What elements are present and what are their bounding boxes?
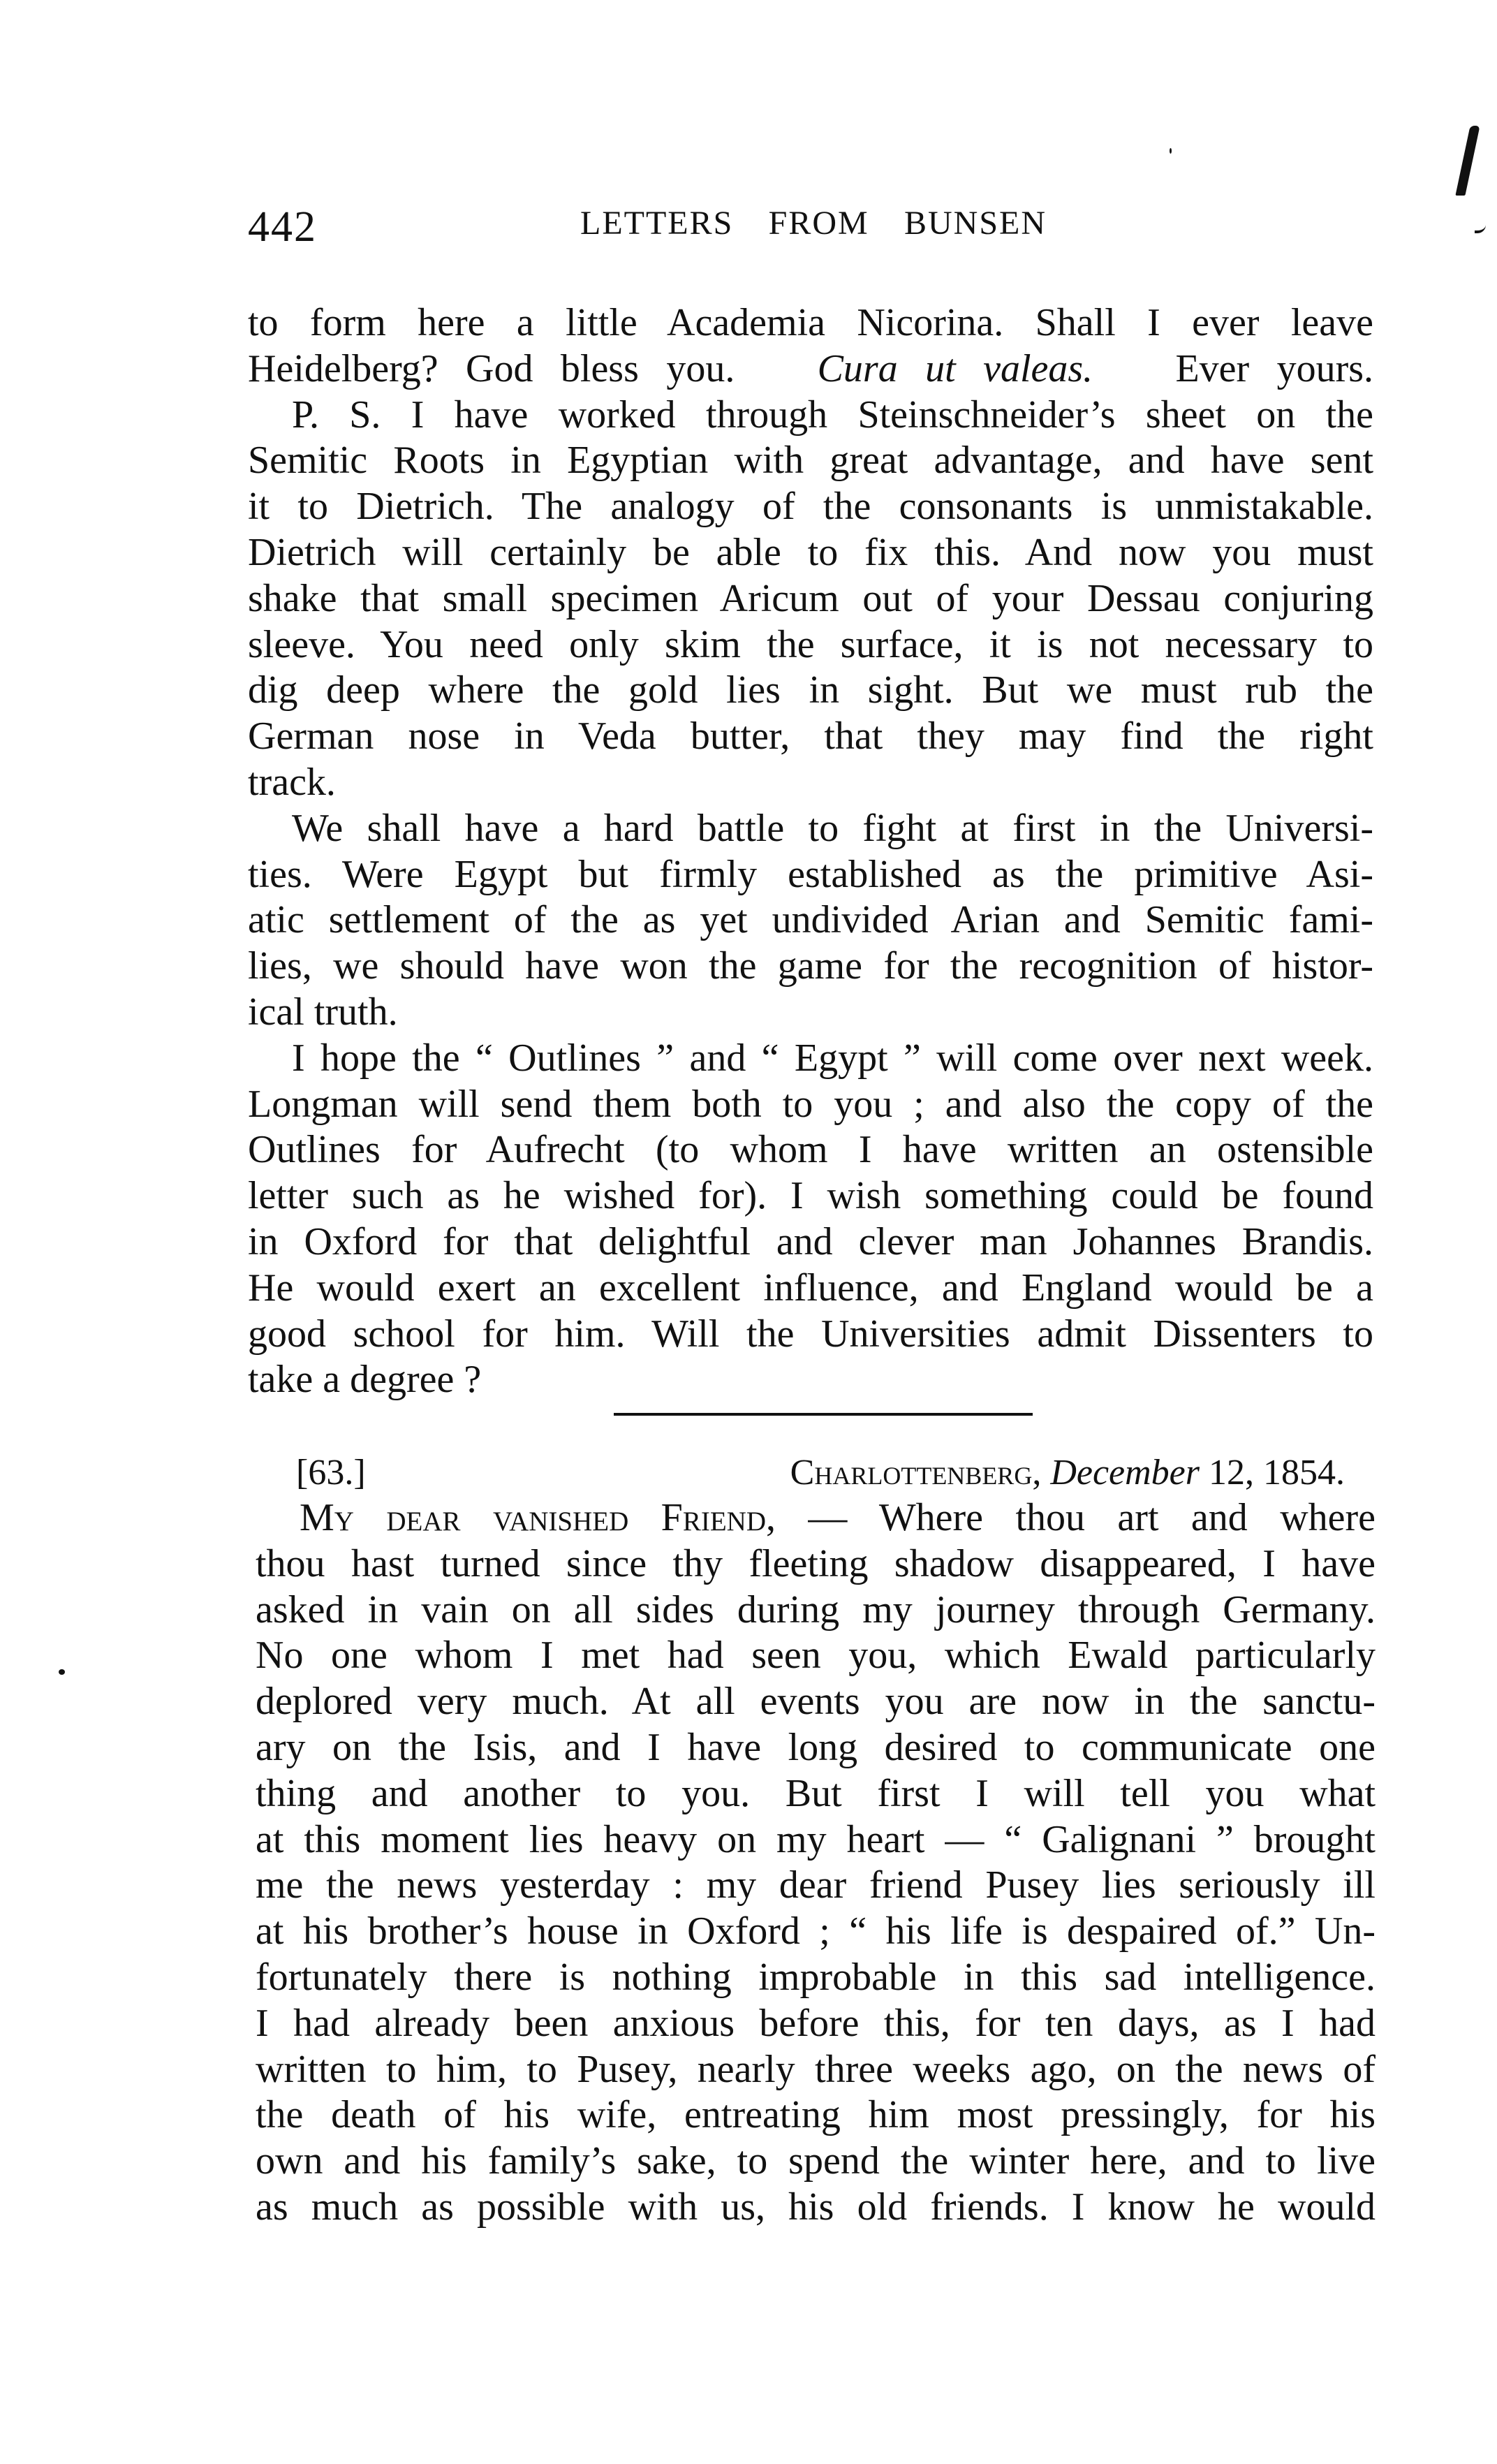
letter-dateline: [63.] Charlottenberg, December 12, 1854.: [296, 1450, 1345, 1496]
text-line: ties. Were Egypt but firmly established …: [248, 852, 1373, 898]
letter-63-text: My dear vanished Friend, — Where thou ar…: [256, 1495, 1376, 2231]
text-line: to form here a little Academia Nicorina.…: [248, 300, 1373, 346]
text-line: the death of his wife, entreating him mo…: [256, 2092, 1376, 2139]
text-line: written to him, to Pusey, nearly three w…: [256, 2047, 1376, 2093]
running-title: LETTERS FROM BUNSEN: [580, 203, 1047, 244]
text-line: fortunately there is nothing improbable …: [256, 1955, 1376, 2001]
place-and-date: Charlottenberg, December 12, 1854.: [790, 1450, 1345, 1496]
text-line: thing and another to you. But first I wi…: [256, 1771, 1376, 1817]
text-line: atic settlement of the as yet undivided …: [248, 897, 1373, 944]
date-day-year: 12, 1854.: [1209, 1453, 1345, 1493]
section-divider-rule: [614, 1413, 1033, 1416]
letter-62-closing-text: to form here a little Academia Nicorina.…: [248, 300, 1373, 1403]
text-fragment: — Where thou art and where: [808, 1496, 1376, 1539]
text-line: letter such as he wished for). I wish so…: [248, 1173, 1373, 1219]
text-line: good school for him. Will the Universiti…: [248, 1312, 1373, 1358]
page-edge-artifact: [1455, 126, 1480, 196]
text-line: own and his family’s sake, to spend the …: [256, 2139, 1376, 2185]
text-line: at this moment lies heavy on my heart — …: [256, 1817, 1376, 1863]
text-line: dig deep where the gold lies in sight. B…: [248, 668, 1373, 714]
text-line: Dietrich will certainly be able to fix t…: [248, 530, 1373, 576]
text-line: at his brother’s house in Oxford ; “ his…: [256, 1909, 1376, 1955]
text-line: in Oxford for that delightful and clever…: [248, 1219, 1373, 1266]
text-line: Semitic Roots in Egyptian with great adv…: [248, 438, 1373, 484]
text-line: German nose in Veda butter, that they ma…: [248, 714, 1373, 760]
text-line: shake that small specimen Aricum out of …: [248, 576, 1373, 622]
page-edge-artifact: [1475, 210, 1486, 233]
text-line: Outlines for Aufrecht (to whom I have wr…: [248, 1127, 1373, 1173]
salutation: My dear vanished Friend,: [300, 1496, 776, 1539]
page-number: 442: [248, 203, 317, 251]
text-line: He would exert an excellent influence, a…: [248, 1266, 1373, 1312]
text-line: sleeve. You need only skim the surface, …: [248, 622, 1373, 668]
text-line: track.: [248, 760, 1373, 806]
paragraph-start-line: We shall have a hard battle to fight at …: [248, 806, 1373, 852]
text-line: me the news yesterday : my dear friend P…: [256, 1863, 1376, 1909]
text-line: Heidelberg? God bless you. Cura ut valea…: [248, 346, 1373, 393]
salutation-line: My dear vanished Friend, — Where thou ar…: [256, 1495, 1376, 1541]
place-name: Charlottenberg,: [790, 1453, 1042, 1493]
letter-number: [63.]: [296, 1450, 366, 1496]
text-line: asked in vain on all sides during my jou…: [256, 1587, 1376, 1634]
text-line: lies, we should have won the game for th…: [248, 944, 1373, 990]
italic-latin-phrase: Cura ut valeas.: [818, 347, 1093, 390]
postscript-line: P. S. I have worked through Steinschneid…: [248, 393, 1373, 439]
text-line: I had already been anxious before this, …: [256, 2001, 1376, 2047]
text-line: it to Dietrich. The analogy of the conso…: [248, 484, 1373, 530]
text-fragment: Heidelberg? God bless you.: [248, 347, 735, 390]
text-line: Longman will send them both to you ; and…: [248, 1082, 1373, 1128]
scan-speck: [1170, 148, 1172, 154]
text-fragment: Ever yours.: [1175, 347, 1373, 390]
text-line: take a degree ?: [248, 1357, 1373, 1403]
text-line: ical truth.: [248, 990, 1373, 1036]
date-month: December: [1050, 1453, 1200, 1493]
scan-speck: [59, 1669, 65, 1675]
text-line: thou hast turned since thy fleeting shad…: [256, 1541, 1376, 1587]
text-line: No one whom I met had seen you, which Ew…: [256, 1633, 1376, 1679]
paragraph-start-line: I hope the “ Outlines ” and “ Egypt ” wi…: [248, 1036, 1373, 1082]
text-line: as much as possible with us, his old fri…: [256, 2185, 1376, 2231]
text-line: deplored very much. At all events you ar…: [256, 1679, 1376, 1725]
text-line: ary on the Isis, and I have long desired…: [256, 1725, 1376, 1771]
